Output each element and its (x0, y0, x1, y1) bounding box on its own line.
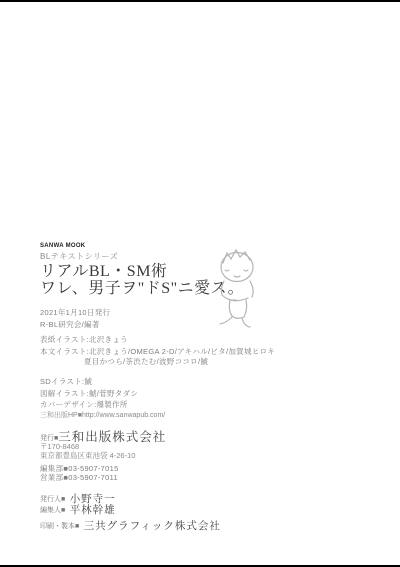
publication-date: 2021年1月10日発行 (40, 307, 110, 318)
chibi-character-icon (210, 243, 262, 335)
colophon-page: SANWA MOOK BLテキストシリーズ リアルBL・SM術 ワレ、男子ヲ"ド… (0, 0, 400, 567)
diagram-illustration-credit: 図解イラスト:鯱/菅野タダシ (40, 388, 138, 399)
sales-phone: 営業部■03-5907-7011 (40, 472, 118, 483)
editing-person-label: 編集人■ (40, 507, 65, 514)
chibi-character-illustration (210, 243, 262, 340)
printing-company-line: 印刷・製本■ 三共グラフィック株式会社 (40, 516, 221, 534)
cover-illustration-credit: 表紙イラスト:北沢きょう (40, 334, 128, 345)
publisher-website: 三和出版HP■http://www.sanwapub.com/ (40, 410, 165, 420)
cover-design-credit: カバーデザイン:爆製作所 (40, 399, 128, 410)
page-top-edge (0, 0, 400, 2)
publisher-address: 東京都豊島区東池袋 4-26-10 (40, 450, 135, 461)
author-credit: R-BL研究会/編著 (40, 319, 100, 330)
series-label: BLテキストシリーズ (40, 251, 118, 262)
text-illustration-credit-line2: 夏目かつら/茶渋たむ/波野ココロ/鯱 (84, 356, 208, 367)
printing-company-label: 印刷・製本■ (40, 523, 79, 530)
editing-person-name: 平林幹雄 (70, 505, 116, 516)
imprint-label: SANWA MOOK (40, 243, 85, 249)
printing-company-name: 三共グラフィック株式会社 (84, 521, 221, 532)
sd-illustration-credit: SDイラスト:鯱 (40, 376, 92, 387)
